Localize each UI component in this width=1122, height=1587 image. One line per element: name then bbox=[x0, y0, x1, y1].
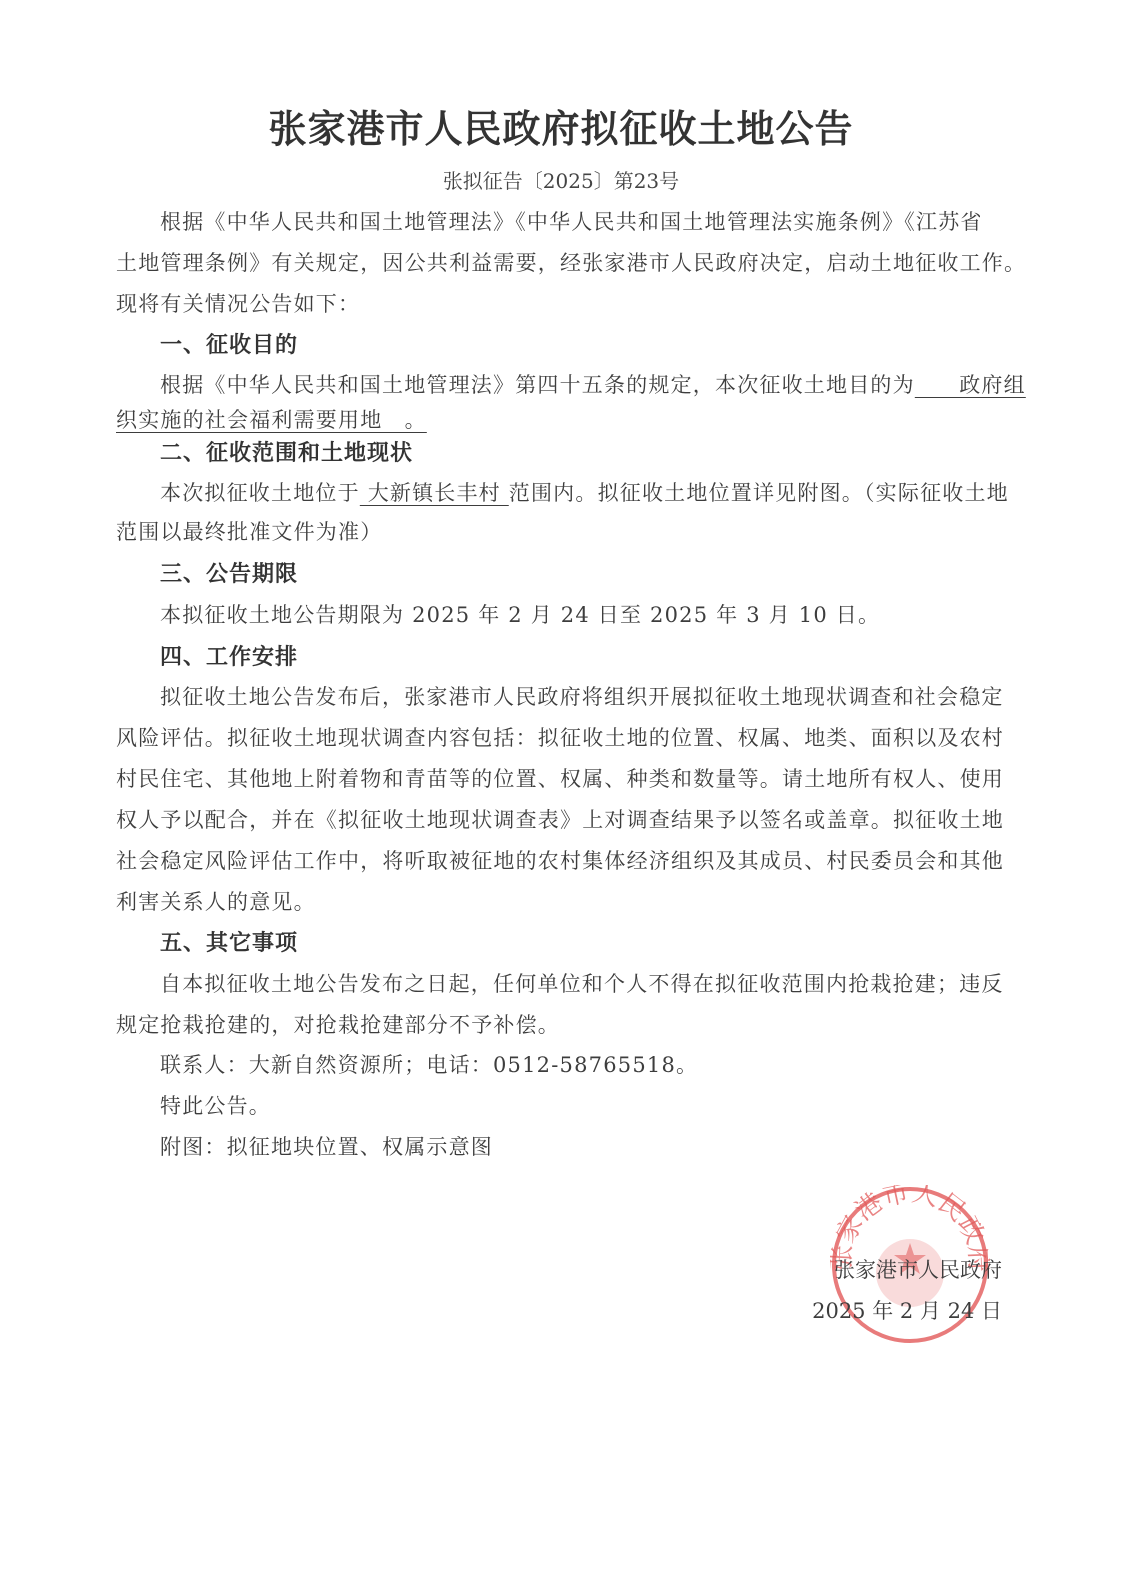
location-prefix: 本次拟征收土地位于 bbox=[160, 481, 360, 505]
contact-line: 联系人：大新自然资源所；电话：0512-58765518。 bbox=[160, 1049, 698, 1079]
location-suffix: 范围内。拟征收土地位置详见附图。（实际征收土地 bbox=[509, 481, 1009, 505]
section-5-line-1: 自本拟征收土地公告发布之日起，任何单位和个人不得在拟征收范围内抢栽抢建；违反 bbox=[160, 968, 1004, 998]
section-3-line-1: 本拟征收土地公告期限为 2025 年 2 月 24 日至 2025 年 3 月 … bbox=[160, 599, 880, 629]
attachment-line: 附图：拟征地块位置、权属示意图 bbox=[160, 1131, 493, 1161]
purpose-prefix: 根据《中华人民共和国土地管理法》第四十五条的规定，本次征收土地目的为 bbox=[160, 373, 915, 397]
section-1-line-1: 根据《中华人民共和国土地管理法》第四十五条的规定，本次征收土地目的为 政府组 bbox=[160, 369, 1026, 399]
page-title: 张家港市人民政府拟征收土地公告 bbox=[0, 98, 1122, 153]
section-4-line-6: 利害关系人的意见。 bbox=[116, 886, 316, 916]
section-heading-3: 三、公告期限 bbox=[160, 557, 298, 588]
section-heading-5: 五、其它事项 bbox=[160, 926, 298, 957]
section-heading-2: 二、征收范围和土地现状 bbox=[160, 436, 413, 467]
intro-line-3: 现将有关情况公告如下： bbox=[116, 288, 360, 318]
issuer-signature: 张家港市人民政府 bbox=[834, 1254, 1002, 1284]
section-4-line-3: 村民住宅、其他地上附着物和青苗等的位置、权属、种类和数量等。请土地所有权人、使用 bbox=[116, 763, 1004, 793]
section-4-line-5: 社会稳定风险评估工作中，将听取被征地的农村集体经济组织及其成员、村民委员会和其他 bbox=[116, 845, 1004, 875]
section-2-line-2: 范围以最终批准文件为准） bbox=[116, 516, 382, 546]
notice-page: 张家港市人民政府拟征收土地公告 张拟征告〔2025〕第23号 根据《中华人民共和… bbox=[0, 0, 1122, 1587]
intro-line-2: 土地管理条例》有关规定，因公共利益需要，经张家港市人民政府决定，启动土地征收工作… bbox=[116, 247, 1026, 277]
location-value: 大新镇长丰村 bbox=[360, 481, 509, 505]
purpose-value-part-1: 政府组 bbox=[915, 373, 1026, 397]
section-4-line-4: 权人予以配合，并在《拟征收土地现状调查表》上对调查结果予以签名或盖章。拟征收土地 bbox=[116, 804, 1004, 834]
section-heading-1: 一、征收目的 bbox=[160, 328, 298, 359]
section-4-line-2: 风险评估。拟征收土地现状调查内容包括：拟征收土地的位置、权属、地类、面积以及农村 bbox=[116, 722, 1004, 752]
document-number: 张拟征告〔2025〕第23号 bbox=[0, 165, 1122, 194]
closing-line: 特此公告。 bbox=[160, 1090, 271, 1120]
section-5-line-2: 规定抢栽抢建的，对抢栽抢建部分不予补偿。 bbox=[116, 1009, 560, 1039]
intro-line-1: 根据《中华人民共和国土地管理法》《中华人民共和国土地管理法实施条例》《江苏省 bbox=[160, 206, 983, 236]
section-4-line-1: 拟征收土地公告发布后，张家港市人民政府将组织开展拟征收土地现状调查和社会稳定 bbox=[160, 681, 1004, 711]
section-heading-4: 四、工作安排 bbox=[160, 640, 298, 671]
section-2-line-1: 本次拟征收土地位于 大新镇长丰村 范围内。拟征收土地位置详见附图。（实际征收土地 bbox=[160, 477, 1009, 507]
purpose-value-part-2: 织实施的社会福利需要用地 。 bbox=[116, 408, 427, 432]
issue-date: 2025 年 2 月 24 日 bbox=[812, 1295, 1002, 1325]
section-1-line-2: 织实施的社会福利需要用地 。 bbox=[116, 404, 427, 434]
